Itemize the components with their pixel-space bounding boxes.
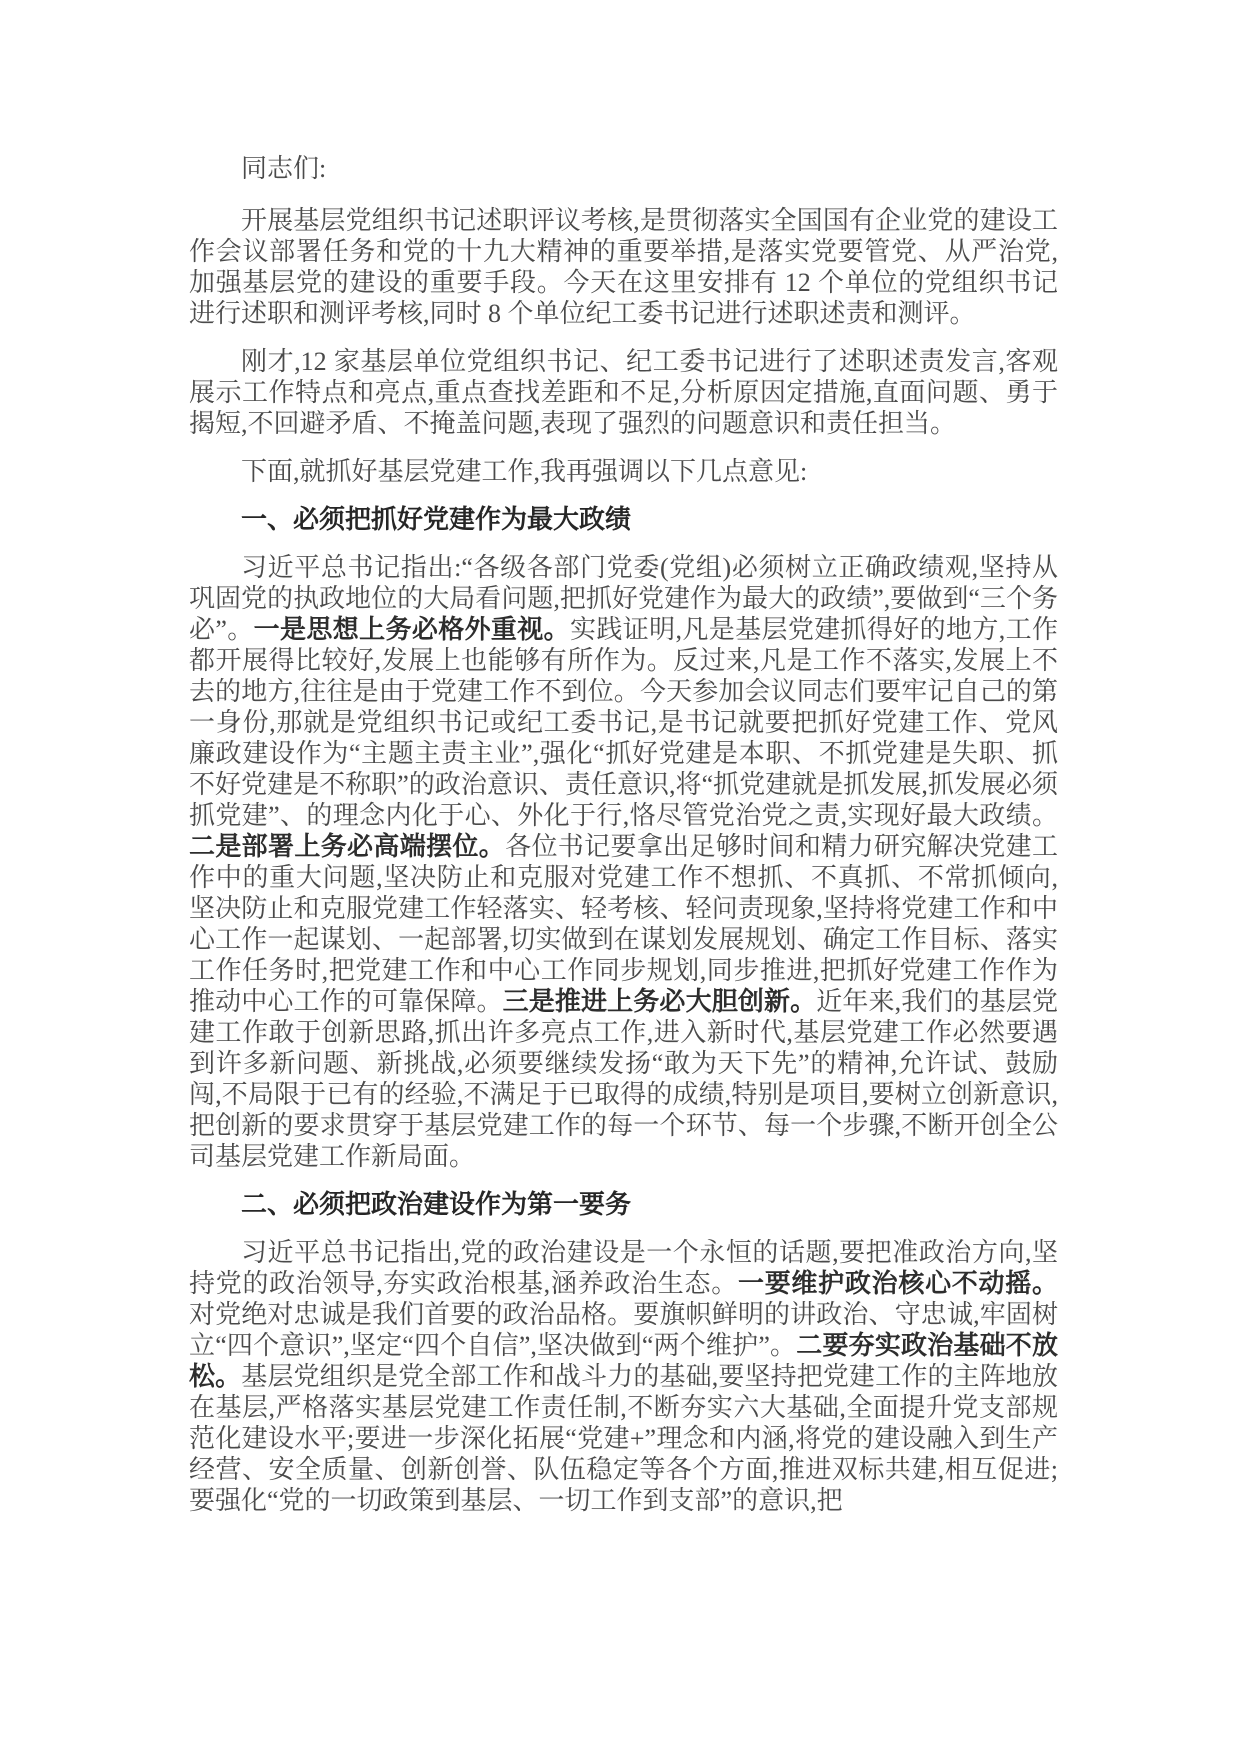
section-2-emphasis-1: 一要维护政治核心不动摇。 [738, 1268, 1058, 1298]
paragraph-transition: 下面,就抓好基层党建工作,我再强调以下几点意见: [189, 456, 1058, 487]
salutation: 同志们: [189, 153, 1058, 184]
section-1-emphasis-2: 二是部署上务必高端摆位。 [189, 831, 505, 861]
section-1-paragraph: 习近平总书记指出:“各级各部门党委(党组)必须树立正确政绩观,坚持从巩固党的执政… [189, 552, 1058, 1172]
section-1-emphasis-3: 三是推进上务必大胆创新。 [503, 986, 817, 1016]
section-2-text-3: 基层党组织是党全部工作和战斗力的基础,要坚持把党建工作的主阵地放在基层,严格落实… [189, 1362, 1058, 1515]
document-page: 同志们: 开展基层党组织书记述职评议考核,是贯彻落实全国国有企业党的建设工作会议… [0, 0, 1240, 1754]
section-2-heading: 二、必须把政治建设作为第一要务 [189, 1189, 1058, 1220]
paragraph-opening: 开展基层党组织书记述职评议考核,是贯彻落实全国国有企业党的建设工作会议部署任务和… [189, 205, 1058, 329]
paragraph-review: 刚才,12 家基层单位党组织书记、纪工委书记进行了述职述责发言,客观展示工作特点… [189, 346, 1058, 439]
document-body: 同志们: 开展基层党组织书记述职评议考核,是贯彻落实全国国有企业党的建设工作会议… [0, 0, 1240, 1516]
section-2-paragraph: 习近平总书记指出,党的政治建设是一个永恒的话题,要把准政治方向,坚持党的政治领导… [189, 1237, 1058, 1516]
section-1-emphasis-1: 一是思想上务必格外重视。 [254, 614, 570, 644]
section-1-heading: 一、必须把抓好党建作为最大政绩 [189, 504, 1058, 535]
section-1-text-2: 实践证明,凡是基层党建抓得好的地方,工作都开展得比较好,发展上也能够有所作为。反… [189, 615, 1058, 830]
